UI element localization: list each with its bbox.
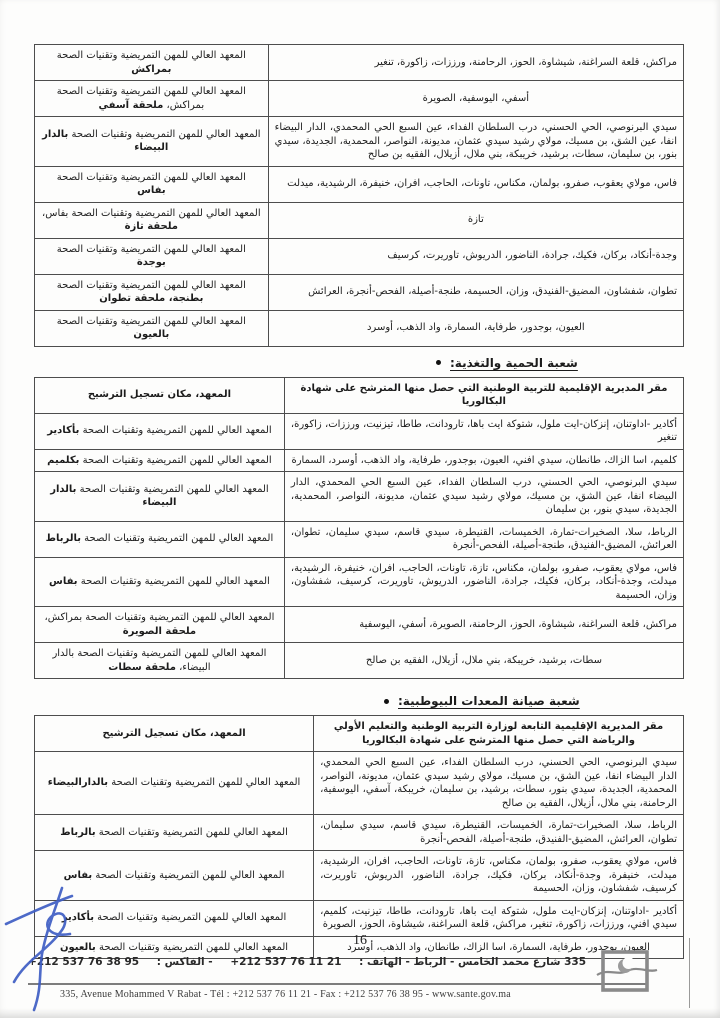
region-list-cell: سيدي البرنوصي، الحي الحسني، درب السلطان … <box>284 472 683 522</box>
institute-cell: المعهد العالي للمهن التمريضية وتقنيات ال… <box>35 449 285 472</box>
table-row: مراكش، قلعة السراغنة، شيشاوة، الحوز، الر… <box>35 45 684 81</box>
institute-cell: المعهد العالي للمهن التمريضية وتقنيات ال… <box>35 643 285 679</box>
institute-location-bold: بمراكش <box>131 64 171 75</box>
institute-name: المعهد العالي للمهن التمريضية وتقنيات ال… <box>57 244 246 255</box>
table-row: وجدة-أنكاد، بركان، فكيك، جرادة، الناضور،… <box>35 238 684 274</box>
institute-cell: المعهد العالي للمهن التمريضية وتقنيات ال… <box>35 202 269 238</box>
table-biomedical-equipment: مقر المديرية الإقليمية التابعة لوزارة ال… <box>34 715 684 959</box>
section-heading-diet: شعبة الحمية والتغذية: <box>436 356 684 370</box>
institute-name: المعهد العالي للمهن التمريضية وتقنيات ال… <box>79 455 271 466</box>
table-row: تازةالمعهد العالي للمهن التمريضية وتقنيا… <box>35 202 684 238</box>
table-diet-nutrition: مقر المديرية الإقليمية للتربية الوطنية ا… <box>34 377 684 680</box>
region-list-cell: تازة <box>268 202 683 238</box>
region-list-cell: كلميم، اسا الزاك، طانطان، سيدي افني، الع… <box>284 449 683 472</box>
institute-location-bold: بفاس <box>49 576 78 587</box>
region-list-cell: الرباط، سلا، الصخيرات-تمارة، الخميسات، ا… <box>284 521 683 557</box>
table-row: فاس، مولاي يعقوب، صفرو، بولمان، مكناس، ت… <box>35 557 684 607</box>
institute-location-bold: ملحقة الصويرة <box>123 626 196 637</box>
scan-bottom-shade <box>0 1008 720 1018</box>
institute-cell: المعهد العالي للمهن التمريضية وتقنيات ال… <box>35 607 285 643</box>
section-heading-biomedical-text: شعبة صيانة المعدات البيوطبية: <box>398 694 580 708</box>
column-header-directorate: مقر المديرية الإقليمية للتربية الوطنية ا… <box>284 377 683 413</box>
bullet-icon <box>384 699 389 704</box>
institute-location-bold: بالرباط <box>46 533 81 544</box>
section-heading-diet-text: شعبة الحمية والتغذية: <box>450 356 578 370</box>
table-institutes-continuation: مراكش، قلعة السراغنة، شيشاوة، الحوز، الر… <box>34 44 684 347</box>
table-row: سطات، برشيد، خريبكة، بني ملال، أزيلال، ا… <box>35 643 684 679</box>
institute-location-bold: ملحقة تازة <box>125 221 178 232</box>
region-list-cell: فاس، مولاي يعقوب، صفرو، بولمان، مكناس، ت… <box>284 557 683 607</box>
handwritten-signature <box>0 884 120 1016</box>
region-list-cell: تطوان، شفشاون، المضيق-الفنيدق، وزان، الح… <box>268 274 683 310</box>
institute-cell: المعهد العالي للمهن التمريضية وتقنيات ال… <box>35 238 269 274</box>
institute-cell: المعهد العالي للمهن التمريضية وتقنيات ال… <box>35 557 285 607</box>
table-row: سيدي البرنوصي، الحي الحسني، درب السلطان … <box>35 752 684 815</box>
institute-location-bold: بفاس <box>64 870 93 881</box>
footer-fax-label: - الفاكس : <box>157 956 213 968</box>
scan-edge-mark <box>689 938 690 1008</box>
institute-name: المعهد العالي للمهن التمريضية وتقنيات ال… <box>57 50 246 61</box>
institute-cell: المعهد العالي للمهن التمريضية وتقنيات ال… <box>35 45 269 81</box>
institute-cell: المعهد العالي للمهن التمريضية وتقنيات ال… <box>35 81 269 117</box>
institute-cell: المعهد العالي للمهن التمريضية وتقنيات ال… <box>35 752 314 815</box>
institute-name: المعهد العالي للمهن التمريضية وتقنيات ال… <box>45 612 275 623</box>
table-row: كلميم، اسا الزاك، طانطان، سيدي افني، الع… <box>35 449 684 472</box>
table-row: أسفي، اليوسفية، الصويرةالمعهد العالي للم… <box>35 81 684 117</box>
institute-location-bold: بوجدة <box>137 257 166 268</box>
table-row: فاس، مولاي يعقوب، صفرو، بولمان، مكناس، ت… <box>35 166 684 202</box>
region-list-cell: أكادير -اداوتنان، إنزكان-ايت ملول، شتوكة… <box>284 413 683 449</box>
institute-name: المعهد العالي للمهن التمريضية وتقنيات ال… <box>79 425 271 436</box>
column-header-institute: المعهد، مكان تسجيل الترشيح <box>35 716 314 752</box>
institute-name: المعهد العالي للمهن التمريضية وتقنيات ال… <box>94 912 286 923</box>
institute-name: المعهد العالي للمهن التمريضية وتقنيات ال… <box>42 208 261 219</box>
region-list-cell: مراكش، قلعة السراغنة، شيشاوة، الحوز، الر… <box>284 607 683 643</box>
region-list-cell: الرباط، سلا، الصخيرات-تمارة، الخميسات، ا… <box>314 815 684 851</box>
institute-location-bold: بالرباط <box>60 827 95 838</box>
table-row: العيون، بوجدور، طرفاية، السمارة، واد الذ… <box>35 310 684 346</box>
institute-location-bold: بطنجة، ملحقة تطوان <box>99 293 203 304</box>
institute-location-bold: ملحقة سطات <box>108 662 176 673</box>
institute-name: المعهد العالي للمهن التمريضية وتقنيات ال… <box>57 172 246 183</box>
institute-name: المعهد العالي للمهن التمريضية وتقنيات ال… <box>76 484 268 495</box>
table-row: أكادير -اداوتنان، إنزكان-ايت ملول، شتوكة… <box>35 900 684 936</box>
bullet-icon <box>436 360 441 365</box>
table-row: أكادير -اداوتنان، إنزكان-ايت ملول، شتوكة… <box>35 413 684 449</box>
institute-name: المعهد العالي للمهن التمريضية وتقنيات ال… <box>57 316 246 327</box>
institute-cell: المعهد العالي للمهن التمريضية وتقنيات ال… <box>35 521 285 557</box>
institute-cell: المعهد العالي للمهن التمريضية وتقنيات ال… <box>35 472 285 522</box>
table-header-row: مقر المديرية الإقليمية للتربية الوطنية ا… <box>35 377 684 413</box>
institute-cell: المعهد العالي للمهن التمريضية وتقنيات ال… <box>35 117 269 167</box>
institute-location-bold: بكلميم <box>47 455 79 466</box>
column-header-directorate: مقر المديرية الإقليمية التابعة لوزارة ال… <box>314 716 684 752</box>
table-row: فاس، مولاي يعقوب، صفرو، بولمان، مكناس، ت… <box>35 851 684 901</box>
table-row: الرباط، سلا، الصخيرات-تمارة، الخميسات، ا… <box>35 521 684 557</box>
region-list-cell: فاس، مولاي يعقوب، صفرو، بولمان، مكناس، ت… <box>268 166 683 202</box>
footer-divider-line <box>28 983 646 985</box>
footer-address-french: 335, Avenue Mohammed V Rabat - Tél : +21… <box>60 989 620 1000</box>
region-list-cell: سطات، برشيد، خريبكة، بني ملال، أزيلال، ا… <box>284 643 683 679</box>
table-header-row: مقر المديرية الإقليمية التابعة لوزارة ال… <box>35 716 684 752</box>
scanned-document-page: مراكش، قلعة السراغنة، شيشاوة، الحوز، الر… <box>0 0 720 1018</box>
region-list-cell: فاس، مولاي يعقوب، صفرو، بولمان، مكناس، ت… <box>314 851 684 901</box>
ministry-of-health-logo-icon <box>596 948 658 996</box>
table-row: الرباط، سلا، الصخيرات-تمارة، الخميسات، ا… <box>35 815 684 851</box>
institute-name: المعهد العالي للمهن التمريضية وتقنيات ال… <box>78 576 270 587</box>
region-list-cell: أسفي، اليوسفية، الصويرة <box>268 81 683 117</box>
table-row: تطوان، شفشاون، المضيق-الفنيدق، وزان، الح… <box>35 274 684 310</box>
region-list-cell: العيون، بوجدور، طرفاية، السمارة، واد الذ… <box>268 310 683 346</box>
section-heading-biomedical: شعبة صيانة المعدات البيوطبية: <box>384 694 684 708</box>
institute-name: المعهد العالي للمهن التمريضية وتقنيات ال… <box>108 777 300 788</box>
institute-name: المعهد العالي للمهن التمريضية وتقنيات ال… <box>92 870 284 881</box>
column-header-institute: المعهد، مكان تسجيل الترشيح <box>35 377 285 413</box>
institute-location-bold: بفاس <box>137 185 166 196</box>
region-list-cell: وجدة-أنكاد، بركان، فكيك، جرادة، الناضور،… <box>268 238 683 274</box>
institute-cell: المعهد العالي للمهن التمريضية وتقنيات ال… <box>35 310 269 346</box>
region-list-cell: أكادير -اداوتنان، إنزكان-ايت ملول، شتوكة… <box>314 900 684 936</box>
institute-cell: المعهد العالي للمهن التمريضية وتقنيات ال… <box>35 274 269 310</box>
institute-location-bold: بالدارالبيضاء <box>48 777 108 788</box>
institute-name: المعهد العالي للمهن التمريضية وتقنيات ال… <box>96 827 288 838</box>
institute-cell: المعهد العالي للمهن التمريضية وتقنيات ال… <box>35 413 285 449</box>
institute-location-bold: بأكادير <box>47 425 79 436</box>
region-list-cell: مراكش، قلعة السراغنة، شيشاوة، الحوز، الر… <box>268 45 683 81</box>
footer-phone-number: +212 537 76 11 21 <box>230 956 341 968</box>
institute-cell: المعهد العالي للمهن التمريضية وتقنيات ال… <box>35 166 269 202</box>
table-row: مراكش، قلعة السراغنة، شيشاوة، الحوز، الر… <box>35 607 684 643</box>
region-list-cell: سيدي البرنوصي، الحي الحسني، درب السلطان … <box>314 752 684 815</box>
region-list-cell: سيدي البرنوصي، الحي الحسني، درب السلطان … <box>268 117 683 167</box>
document-content: مراكش، قلعة السراغنة، شيشاوة، الحوز، الر… <box>34 44 684 959</box>
institute-location-bold: ملحقة آسفي <box>99 100 164 111</box>
institute-name: المعهد العالي للمهن التمريضية وتقنيات ال… <box>57 280 246 291</box>
institute-name: المعهد العالي للمهن التمريضية وتقنيات ال… <box>81 533 273 544</box>
table-row: سيدي البرنوصي، الحي الحسني، درب السلطان … <box>35 117 684 167</box>
footer-address-ar-street: 335 شارع محمد الخامس - الرباط - الهاتف : <box>359 956 586 968</box>
institute-location-bold: بالعيون <box>133 329 169 340</box>
institute-name: المعهد العالي للمهن التمريضية وتقنيات ال… <box>68 129 260 140</box>
institute-cell: المعهد العالي للمهن التمريضية وتقنيات ال… <box>35 815 314 851</box>
table-row: سيدي البرنوصي، الحي الحسني، درب السلطان … <box>35 472 684 522</box>
